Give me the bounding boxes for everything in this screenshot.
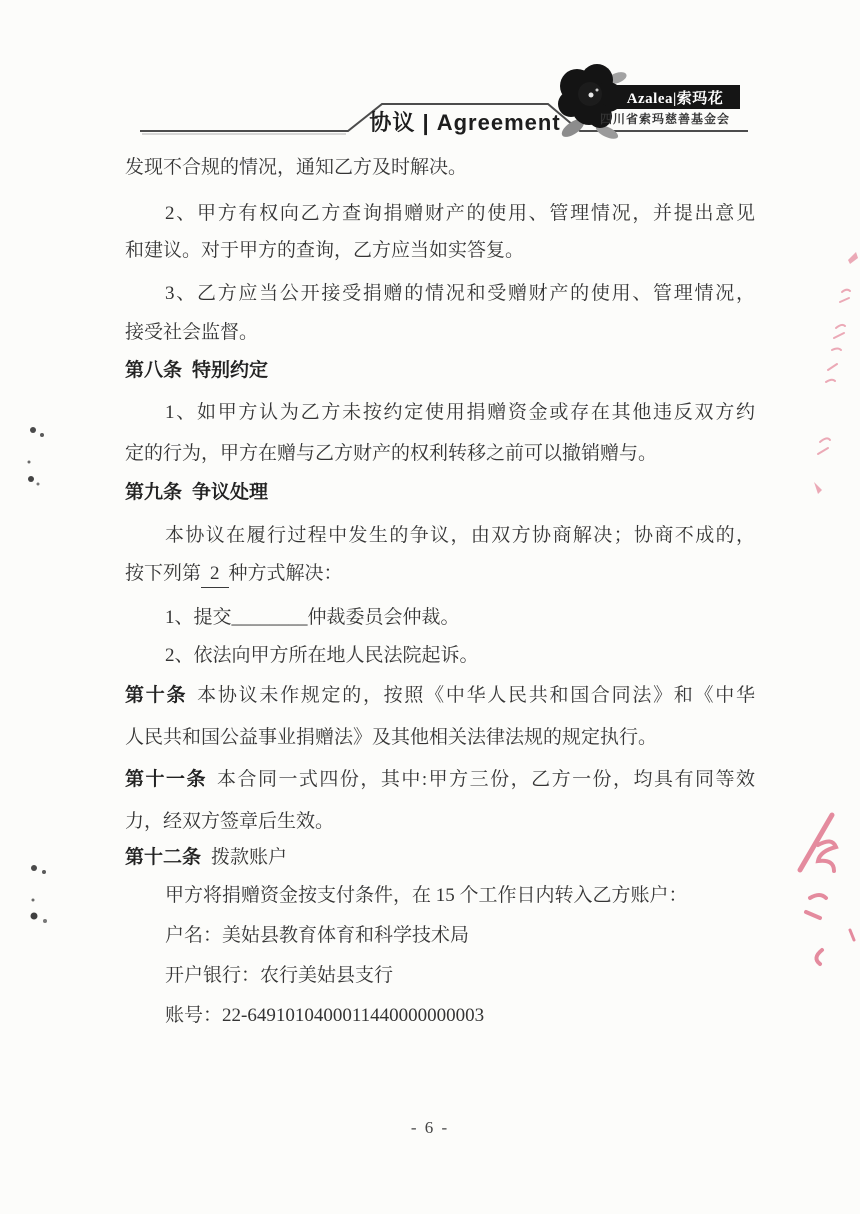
filled-blank-value: 2	[201, 561, 229, 588]
paragraph-line-with-filled-blank: 按下列第2种方式解决：	[125, 559, 755, 589]
logo-organization-name: 四川省索玛慈善基金会	[600, 110, 748, 127]
article-heading: 第十二条拨款账户	[125, 843, 755, 873]
page-number: - 6 -	[0, 1118, 860, 1138]
paragraph-line: 人民共和国公益事业捐赠法》及其他相关法律法规的规定执行。	[125, 723, 755, 753]
scanned-agreement-page: 协议 | Agreement Azalea|索玛花 四川省索玛慈善基金会 发现不…	[0, 0, 860, 1214]
paragraph-line: 2、甲方有权向乙方查询捐赠财产的使用、管理情况，并提出意见	[125, 199, 755, 229]
account-name-line: 户名：美姑县教育体育和科学技术局	[125, 921, 755, 951]
red-ink-bleedthrough-marks	[770, 230, 860, 970]
paragraph-line: 接受社会监督。	[125, 318, 755, 348]
paragraph-line: 和建议。对于甲方的查询，乙方应当如实答复。	[125, 236, 755, 266]
article-heading: 第九条争议处理	[125, 478, 755, 508]
account-number-line: 账号：22-6491010400011440000000003	[125, 1001, 755, 1031]
paragraph-line: 2、依法向甲方所在地人民法院起诉。	[125, 641, 755, 671]
article-paragraph-line: 第十一条本合同一式四份，其中:甲方三份，乙方一份，均具有同等效	[125, 765, 755, 795]
scan-smudge-marks	[0, 0, 70, 960]
foundation-logo: Azalea|索玛花 四川省索玛慈善基金会	[545, 50, 760, 150]
paragraph-line: 1、提交________仲裁委员会仲裁。	[125, 603, 755, 633]
paragraph-line: 1、如甲方认为乙方未按约定使用捐赠资金或存在其他违反双方约	[125, 398, 755, 428]
paragraph-line: 发现不合规的情况，通知乙方及时解决。	[125, 153, 755, 183]
article-paragraph-line: 第十条本协议未作规定的，按照《中华人民共和国合同法》和《中华	[125, 681, 755, 711]
paragraph-line: 力，经双方签章后生效。	[125, 807, 755, 837]
paragraph-line: 3、乙方应当公开接受捐赠的情况和受赠财产的使用、管理情况，	[125, 279, 755, 309]
article-heading: 第八条特别约定	[125, 356, 755, 386]
logo-brand-bar: Azalea|索玛花	[610, 85, 740, 109]
paragraph-line: 定的行为，甲方在赠与乙方财产的权利转移之前可以撤销赠与。	[125, 439, 755, 469]
bank-line: 开户银行：农行美姑县支行	[125, 961, 755, 991]
paragraph-line: 甲方将捐赠资金按支付条件，在 15 个工作日内转入乙方账户：	[125, 881, 755, 911]
paragraph-line: 本协议在履行过程中发生的争议，由双方协商解决；协商不成的，	[125, 521, 755, 551]
